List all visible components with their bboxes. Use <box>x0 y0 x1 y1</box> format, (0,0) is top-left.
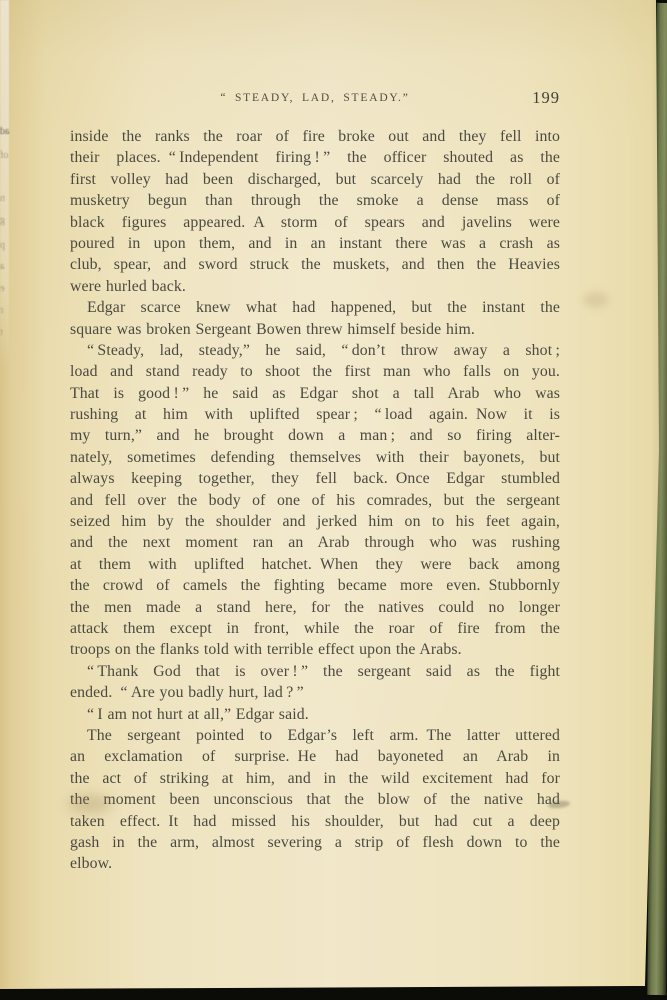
showthrough-glyph: t <box>0 327 3 338</box>
showthrough-glyph: p <box>0 240 5 251</box>
text-line: first volley had been discharged, but sc… <box>70 169 560 190</box>
page-number: 199 <box>532 88 560 108</box>
text-line: ended. “ Are you badly hurt, lad ? ” <box>70 682 560 703</box>
text-line: club, spear, and sword struck the musket… <box>70 254 560 275</box>
text-line: were hurled back. <box>70 276 560 297</box>
text-line: “ Thank God that is over ! ” the sergean… <box>70 661 560 682</box>
text-block: inside the ranks the roar of fire broke … <box>70 126 560 875</box>
paragraph: The sergeant pointed to Edgar’s left arm… <box>70 725 560 875</box>
text-line: load and stand ready to shoot the first … <box>70 361 560 382</box>
text-line: Edgar scarce knew what had happened, but… <box>70 297 560 318</box>
showthrough-glyph: r <box>0 305 3 316</box>
text-line: the act of striking at him, and in the w… <box>70 768 560 789</box>
text-line: “ Steady, lad, steady,” he said, “ don’t… <box>70 340 560 361</box>
text-line: the men made a stand here, for the nativ… <box>70 597 560 618</box>
text-line: poured in upon them, and in an instant t… <box>70 233 560 254</box>
text-line: taken effect. It had missed his shoulder… <box>70 811 560 832</box>
text-line: the moment been unconscious that the blo… <box>70 789 560 810</box>
text-line: square was broken Sergeant Bowen threw h… <box>70 319 560 340</box>
text-line: gash in the arm, almost severing a strip… <box>70 832 560 853</box>
text-line: their places. “ Independent firing ! ” t… <box>70 147 560 168</box>
text-line: the crowd of camels the fighting became … <box>70 575 560 596</box>
text-line: my turn,” and he brought down a man ; an… <box>70 425 560 446</box>
paragraph: Edgar scarce knew what had happened, but… <box>70 297 560 340</box>
text-line: rushing at him with uplifted spear ; “ l… <box>70 404 560 425</box>
paragraph: “ Steady, lad, steady,” he said, “ don’t… <box>70 340 560 661</box>
paper-shadow <box>68 795 112 813</box>
text-line: at them with uplifted hatchet. When they… <box>70 554 560 575</box>
scanned-book-photo: “ STEADY, LAD, STEADY.” 199 inside the r… <box>0 0 667 1000</box>
showthrough-glyph: n <box>0 193 5 204</box>
text-line: That is good ! ” he said as Edgar shot a… <box>70 383 560 404</box>
showthrough-glyph: a <box>0 261 4 272</box>
showthrough-glyph: ad <box>0 126 9 137</box>
showthrough-glyph: g <box>0 215 5 226</box>
text-line: an exclamation of surprise. He had bayon… <box>70 746 560 767</box>
text-line: always keeping together, they fell back.… <box>70 468 560 489</box>
paragraph: inside the ranks the roar of fire broke … <box>70 126 560 297</box>
text-line: black figures appeared. A storm of spear… <box>70 212 560 233</box>
paper-stain <box>583 292 609 308</box>
text-line: nately, sometimes defending themselves w… <box>70 447 560 468</box>
running-header: “ STEADY, LAD, STEADY.” 199 <box>70 88 560 112</box>
text-line: troops on the flanks told with terrible … <box>70 639 560 660</box>
showthrough-glyph: of <box>0 150 8 161</box>
showthrough-glyph: e <box>0 283 4 294</box>
text-line: “ I am not hurt at all,” Edgar said. <box>70 704 560 725</box>
text-line: musketry begun than through the smoke a … <box>70 190 560 211</box>
running-header-title: “ STEADY, LAD, STEADY.” <box>70 92 560 104</box>
book-page: “ STEADY, LAD, STEADY.” 199 inside the r… <box>0 0 667 1000</box>
text-line: and the next moment ran an Arab through … <box>70 532 560 553</box>
text-line: inside the ranks the roar of fire broke … <box>70 126 560 147</box>
text-line: and fell over the body of one of his com… <box>70 490 560 511</box>
text-line: The sergeant pointed to Edgar’s left arm… <box>70 725 560 746</box>
text-line: seized him by the shoulder and jerked hi… <box>70 511 560 532</box>
paragraph: “ I am not hurt at all,” Edgar said. <box>70 704 560 725</box>
text-line: attack them except in front, while the r… <box>70 618 560 639</box>
text-line: elbow. <box>70 853 560 874</box>
paragraph: “ Thank God that is over ! ” the sergean… <box>70 661 560 704</box>
